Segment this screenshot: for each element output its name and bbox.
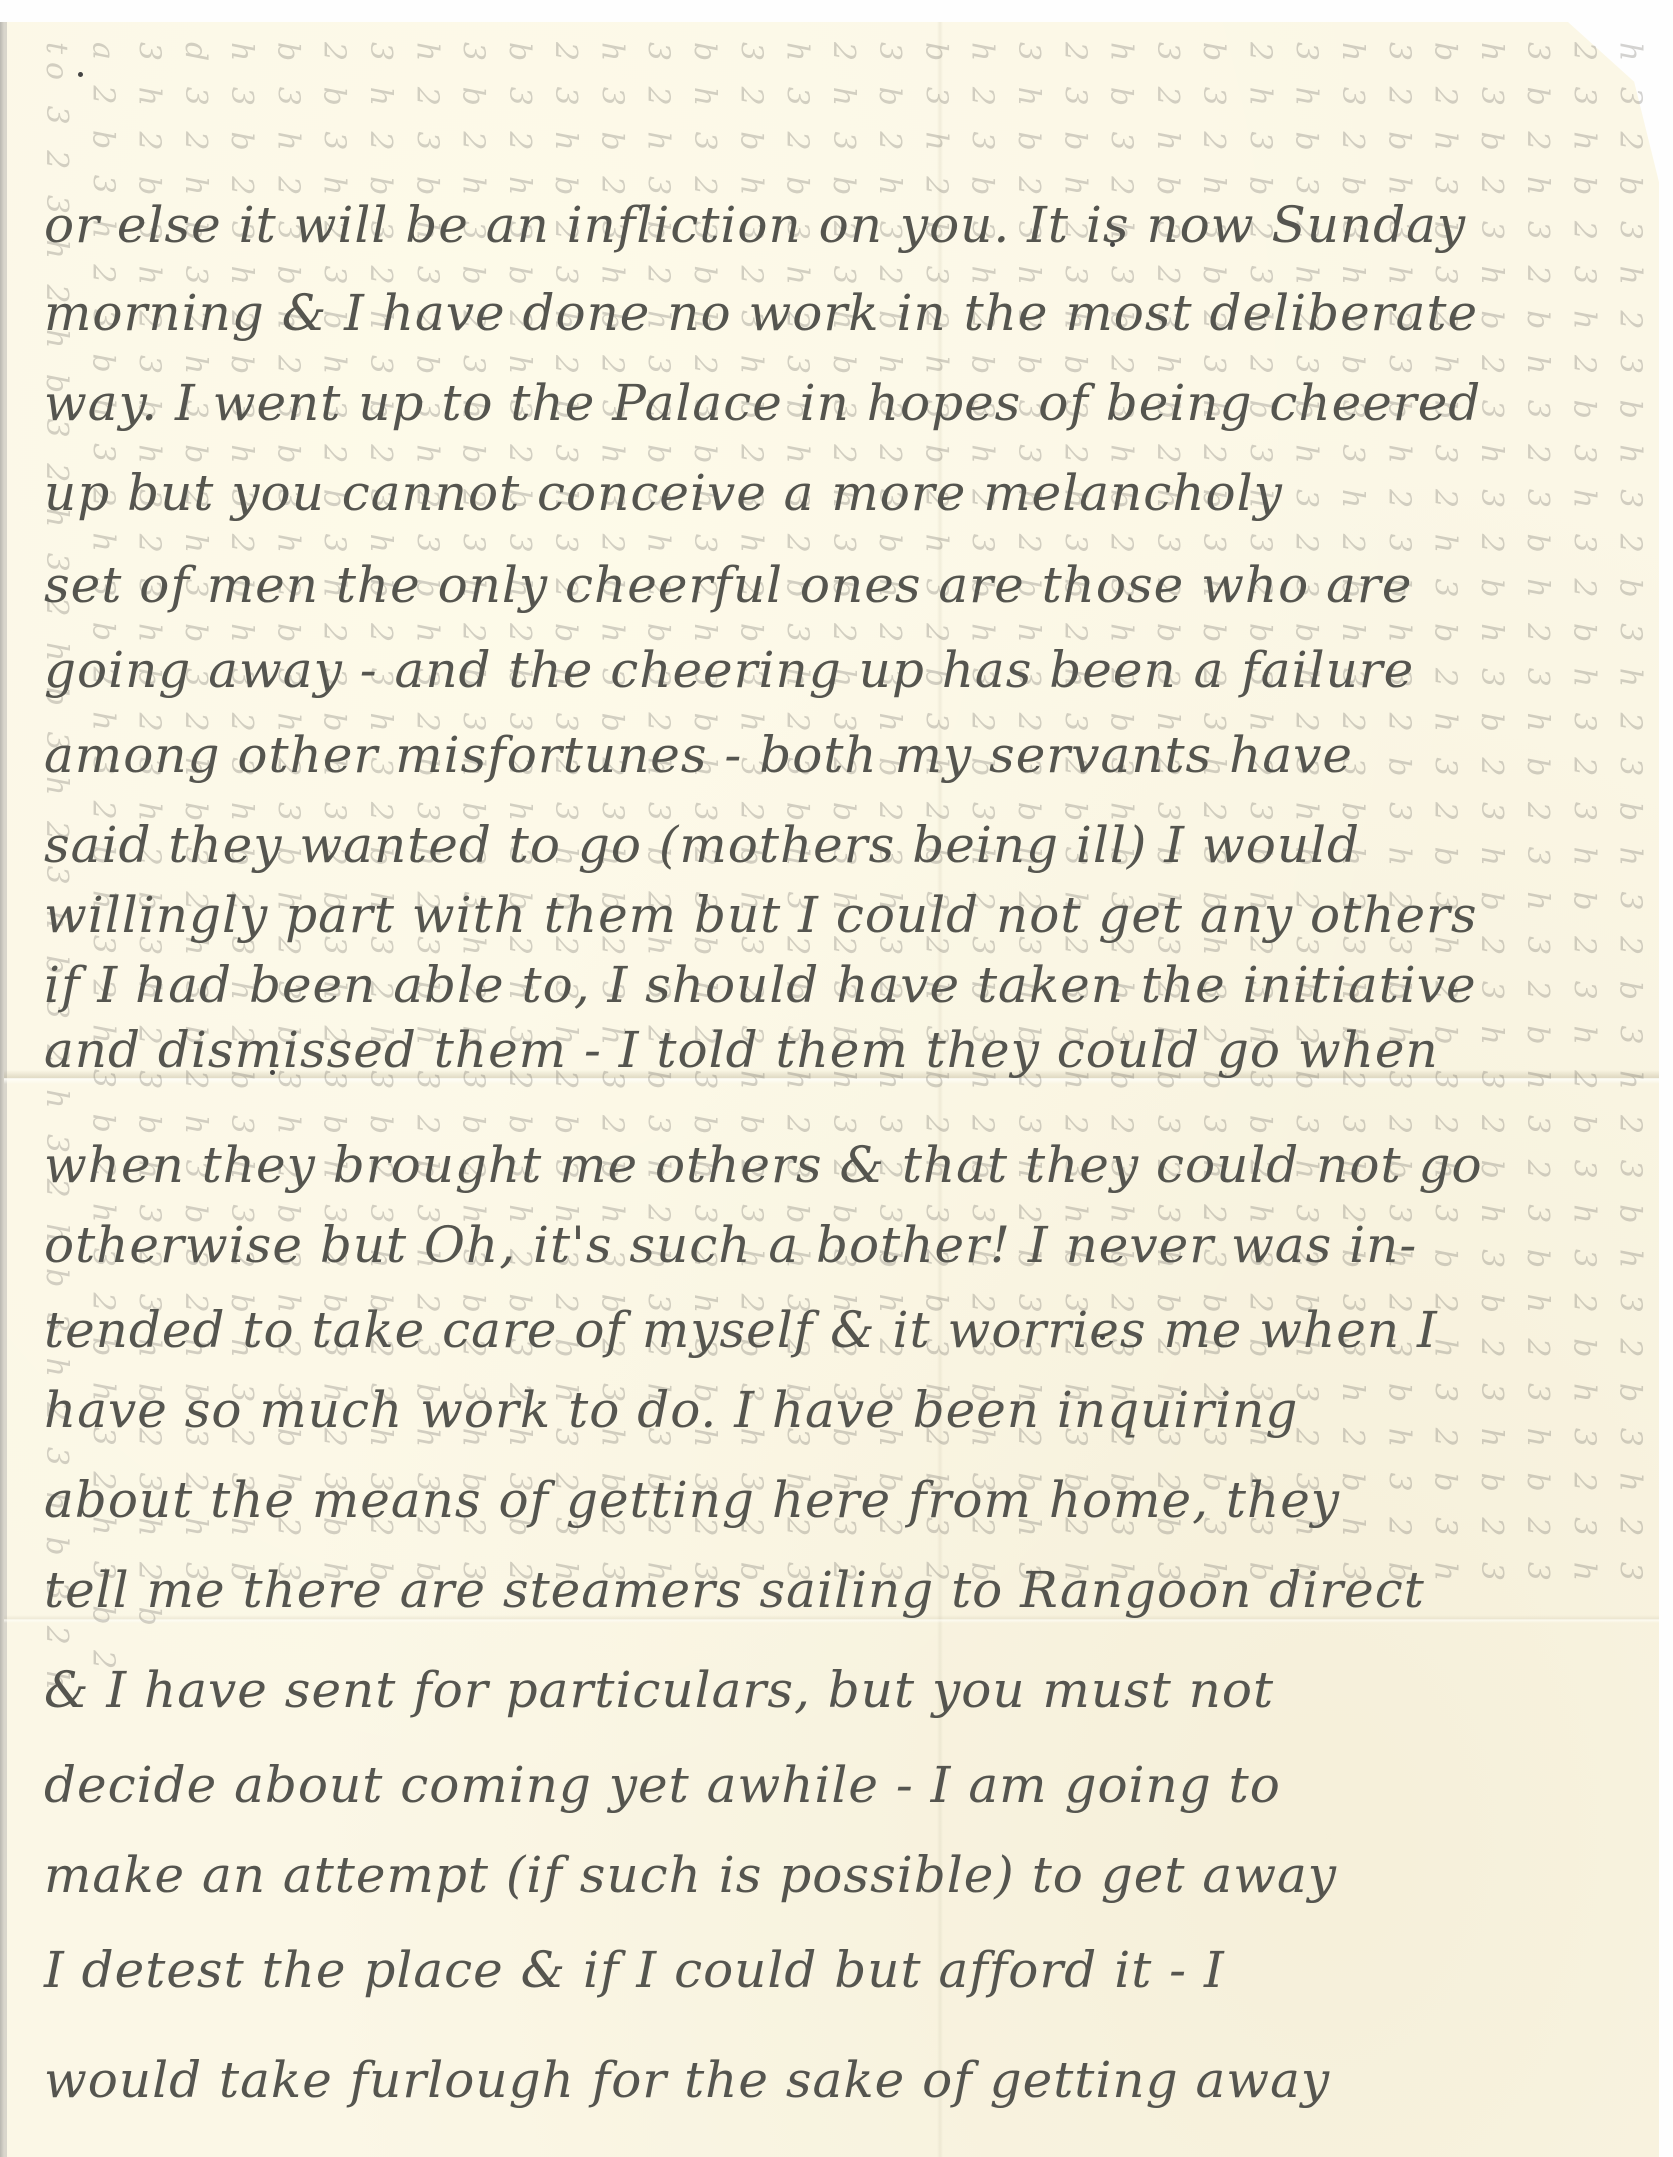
letter-line: I detest the place & if I could but affo… <box>44 1940 1644 2000</box>
letter-body: or else it will be an infliction on you.… <box>0 0 1673 2157</box>
letter-line: among other misfortunes - both my servan… <box>44 725 1644 785</box>
letter-line: about the means of getting here from hom… <box>44 1470 1644 1530</box>
letter-line: when they brought me others & that they … <box>44 1135 1644 1195</box>
letter-line: said they wanted to go (mothers being il… <box>44 815 1644 875</box>
letter-line: have so much work to do. I have been inq… <box>44 1380 1644 1440</box>
letter-line: up but you cannot conceive a more melanc… <box>44 463 1644 523</box>
letter-line: going away - and the cheering up has bee… <box>44 640 1644 700</box>
letter-line: morning & I have done no work in the mos… <box>44 283 1644 343</box>
ink-speck <box>78 72 83 77</box>
letter-line: would take furlough for the sake of gett… <box>44 2050 1644 2110</box>
letter-line: tended to take care of myself & it worri… <box>44 1300 1644 1360</box>
letter-line: way. I went up to the Palace in hopes of… <box>44 373 1644 433</box>
letter-line: willingly part with them but I could not… <box>44 885 1644 945</box>
ink-speck <box>1100 1335 1105 1340</box>
letter-line: & I have sent for particulars, but you m… <box>44 1660 1644 1720</box>
letter-line: otherwise but Oh, it's such a bother! I … <box>44 1215 1644 1275</box>
letter-line: decide about coming yet awhile - I am go… <box>44 1755 1644 1815</box>
letter-line: make an attempt (if such is possible) to… <box>44 1845 1644 1905</box>
letter-line: or else it will be an infliction on you.… <box>44 195 1644 255</box>
letter-line: if I had been able to, I should have tak… <box>44 955 1644 1015</box>
letter-line: tell me there are steamers sailing to Ra… <box>44 1560 1644 1620</box>
letter-line: and dismissed them - I told them they co… <box>44 1020 1644 1080</box>
letter-line: set of men the only cheerful ones are th… <box>44 555 1644 615</box>
ink-speck <box>1110 242 1115 247</box>
ink-speck <box>270 1070 275 1075</box>
